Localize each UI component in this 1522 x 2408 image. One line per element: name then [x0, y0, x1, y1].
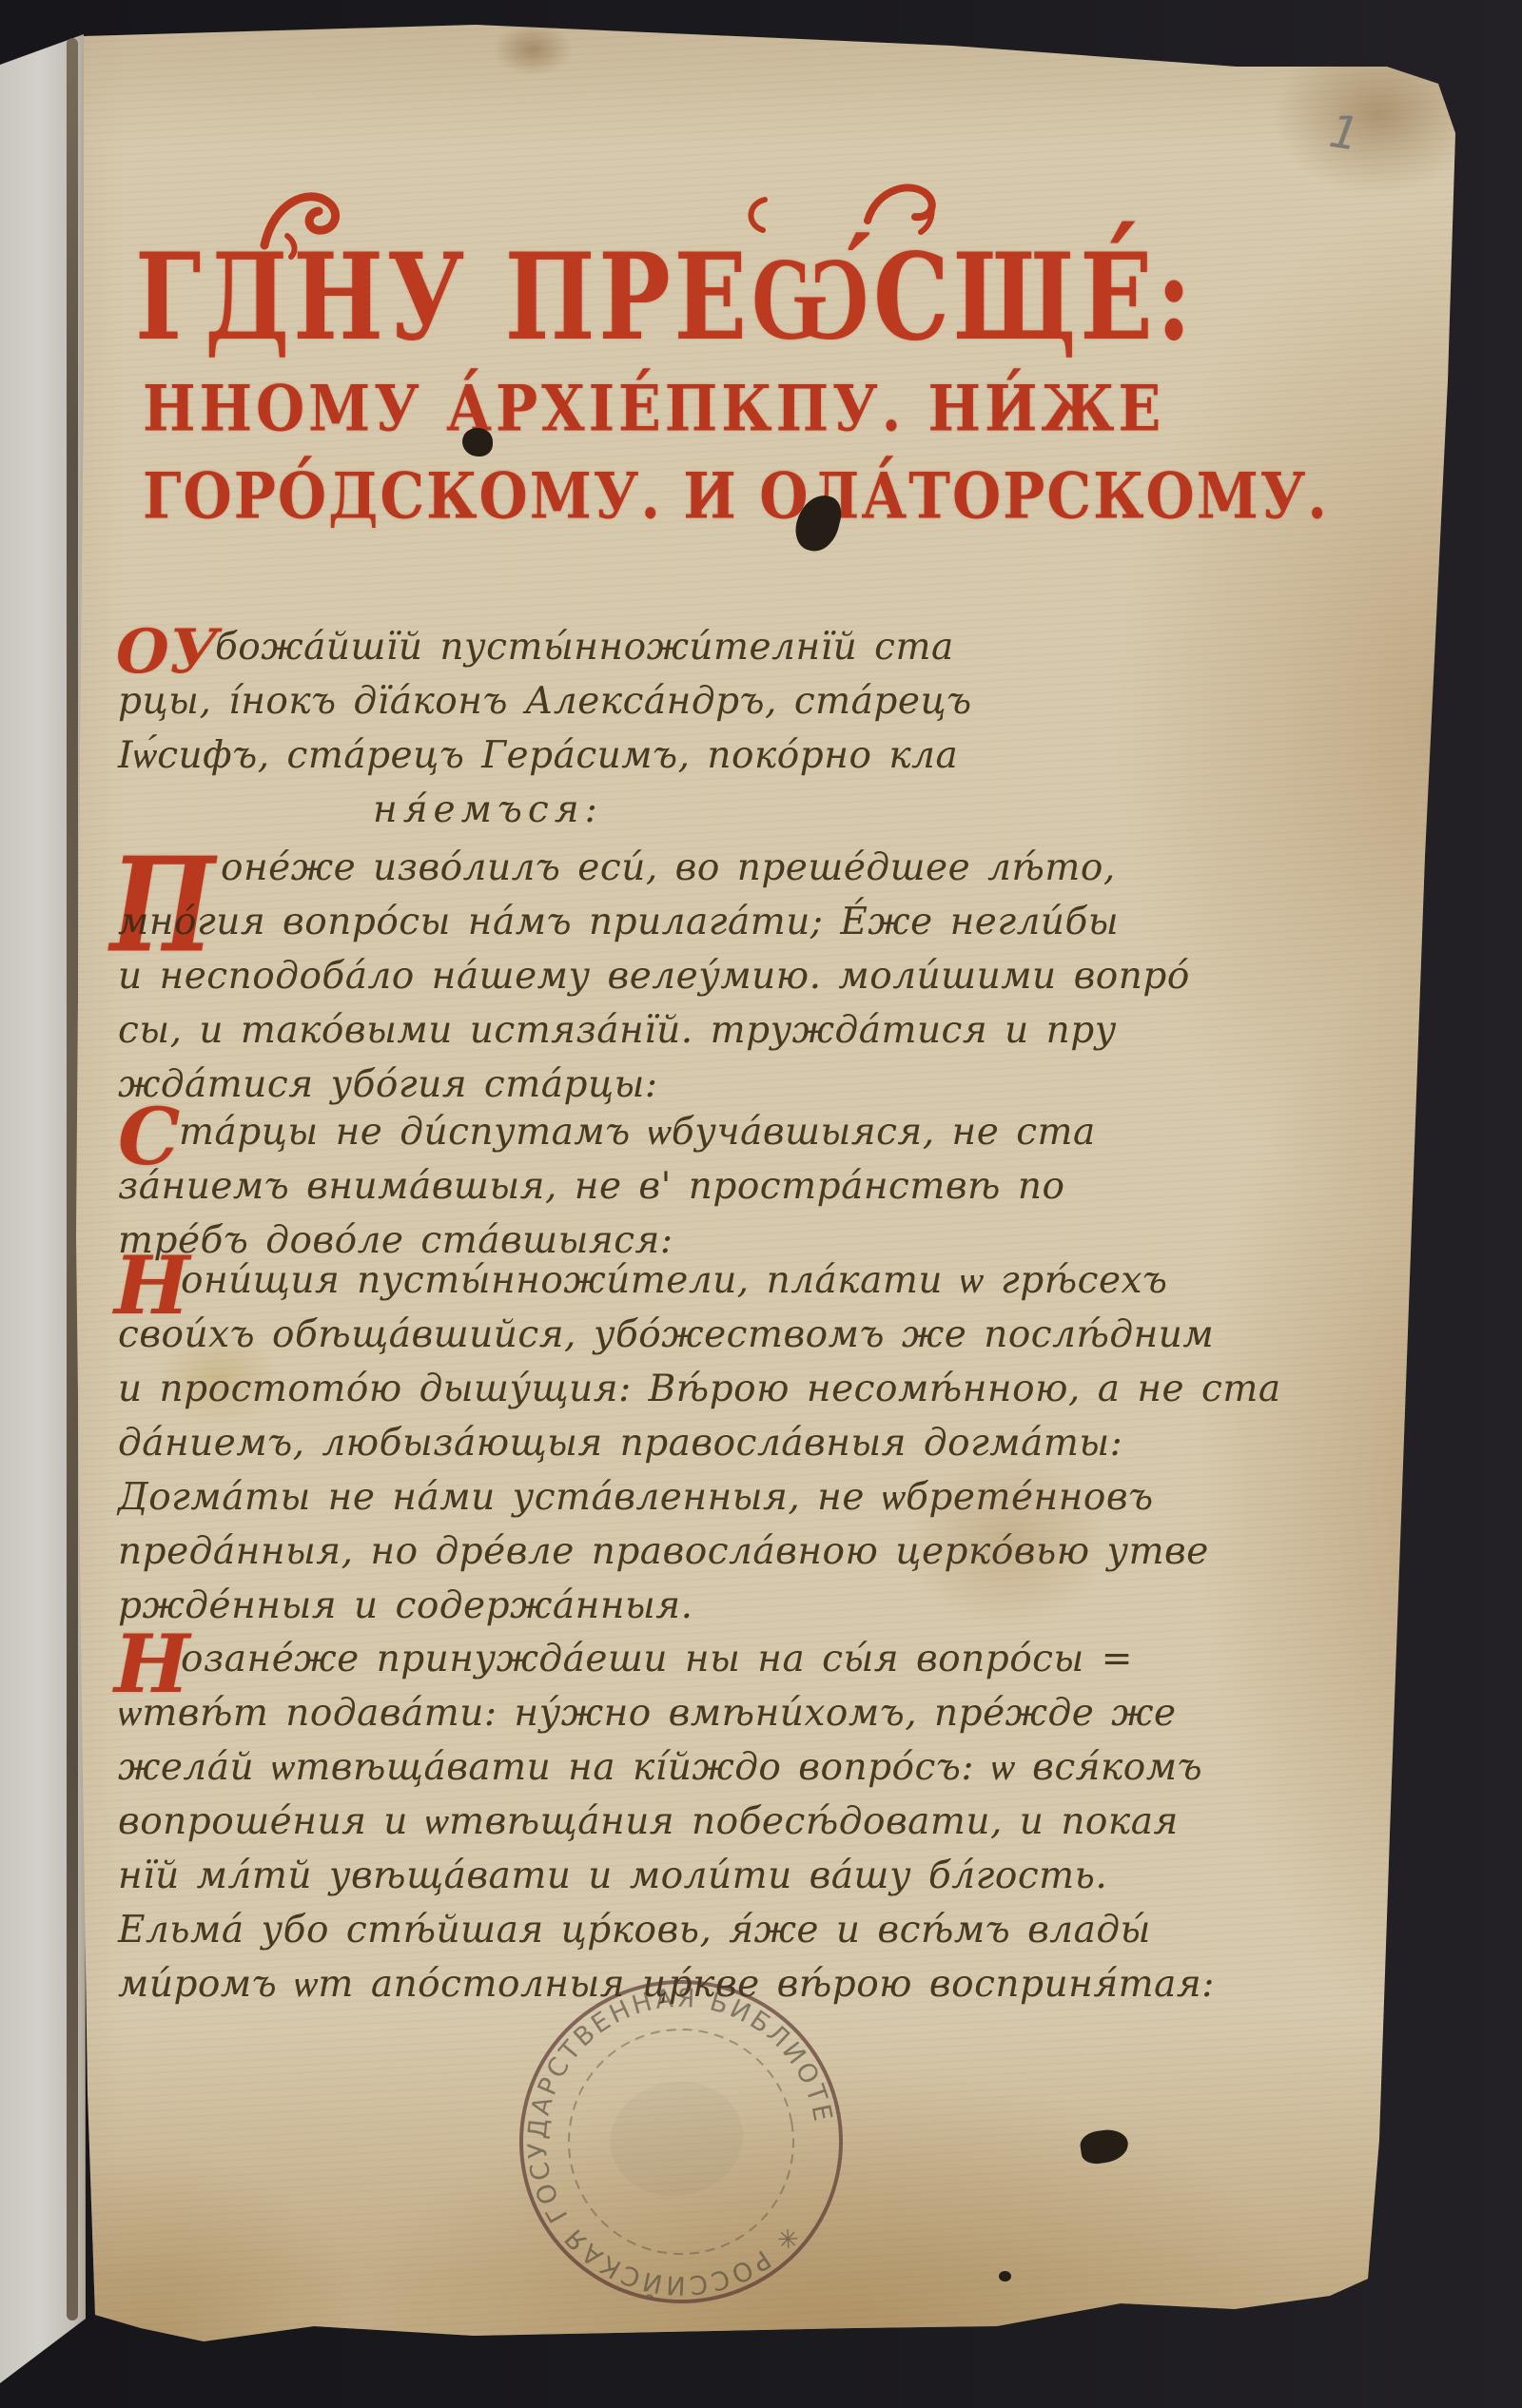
text-line: жела́й ѡтвѣща́вати на кі́йждо вопро́съ: … [118, 1740, 1155, 1795]
text-line: Ельма́ убо стѣ́йшая цр́ковь, я́же и всѣ́… [118, 1903, 1155, 1957]
body-paragraph: оне́же изво́лилъ еси́, во преше́дшее лѣ́… [118, 841, 1155, 1112]
heading-line-1: ГДНУ ПРЕѠ́СЩЕ́: [135, 228, 1195, 368]
text-line: ржде́нныя и содержа́нныя. [118, 1579, 1155, 1633]
body-paragraph: озане́же принужда́еши ны на сы́я вопро́с… [118, 1632, 1155, 2011]
text-line: рцы, і́нокъ дїа́конъ Алекса́ндръ, ста́ре… [118, 674, 1155, 728]
gutter-seam [67, 38, 78, 2321]
ink-blot [462, 428, 493, 456]
text-line: за́ниемъ внима́вшыя, не в' простра́нствѣ… [118, 1159, 1155, 1214]
body-paragraph: они́щия пусты́нножи́тели, пла́кати ѡ грѣ… [118, 1253, 1155, 1633]
text-line: и несподоба́ло на́шему велеу́мию. моли́ш… [118, 949, 1155, 1003]
body-paragraph: та́рцы не ди́спутамъ ѡбуча́вшыяся, не ст… [118, 1105, 1155, 1268]
body-paragraph: божа́йшїй пусты́нножи́телнїй старцы, і́н… [118, 620, 1155, 837]
heading-line-3: ГОРО́ДСКОМУ. И ОЛА́ТОРСКОМУ. [143, 460, 1329, 534]
text-line: оне́же изво́лилъ еси́, во преше́дшее лѣ́… [118, 841, 1155, 895]
text-line: они́щия пусты́нножи́тели, пла́кати ѡ грѣ… [118, 1253, 1155, 1308]
text-line: Іѡ́сифъ, ста́рецъ Гера́симъ, поко́рно кл… [118, 728, 1155, 783]
ink-blot [999, 2271, 1011, 2282]
text-line: ѡтвѣ́т подава́ти: ну́жно вмѣни́хомъ, пре… [118, 1686, 1155, 1740]
manuscript-scan-background: ГДНУ ПРЕѠ́СЩЕ́: ННОМУ А́РХІЕ́ПКПУ. НИ́ЖЕ… [0, 0, 1522, 2408]
text-line: та́рцы не ди́спутамъ ѡбуча́вшыяся, не ст… [118, 1105, 1155, 1159]
text-line: мно́гия вопро́сы на́мъ прилага́ти; Е́же … [118, 895, 1155, 949]
stamp-center-smudge [601, 2071, 752, 2206]
text-line: вопроше́ния и ѡтвѣща́ния побесѣ́довати, … [118, 1795, 1155, 1849]
text-line: озане́же принужда́еши ны на сы́я вопро́с… [118, 1632, 1155, 1686]
text-line: да́ниемъ, любыза́ющыя правосла́вныя догм… [118, 1416, 1155, 1470]
text-line: сы, и тако́выми истяза́нїй. тружда́тися … [118, 1003, 1155, 1058]
text-line: свои́хъ обѣща́вшийся, убо́жествомъ же по… [118, 1308, 1155, 1362]
library-stamp: ✳ РОССИЙСКАЯ ГОСУДАРСТВЕННАЯ БИБЛИОТЕКА [489, 1950, 872, 2333]
text-line: и простото́ю дышу́щия: Вѣ́рою несомѣ́нно… [118, 1362, 1155, 1416]
text-line: Догма́ты не на́ми уста́вленныя, не ѡбрет… [118, 1470, 1155, 1524]
text-line: ня́емъся: [118, 783, 1155, 837]
text-line: божа́йшїй пусты́нножи́телнїй ста [118, 620, 1155, 674]
text-line: преда́нныя, но дре́вле правосла́вною цер… [118, 1524, 1155, 1579]
text-line: жда́тися убо́гия ста́рцы: [118, 1058, 1155, 1112]
heading-line-2: ННОМУ А́РХІЕ́ПКПУ. НИ́ЖЕ [143, 373, 1164, 446]
text-line: нїй мл́тй увѣща́вати и моли́ти ва́шу бл́… [118, 1849, 1155, 1903]
